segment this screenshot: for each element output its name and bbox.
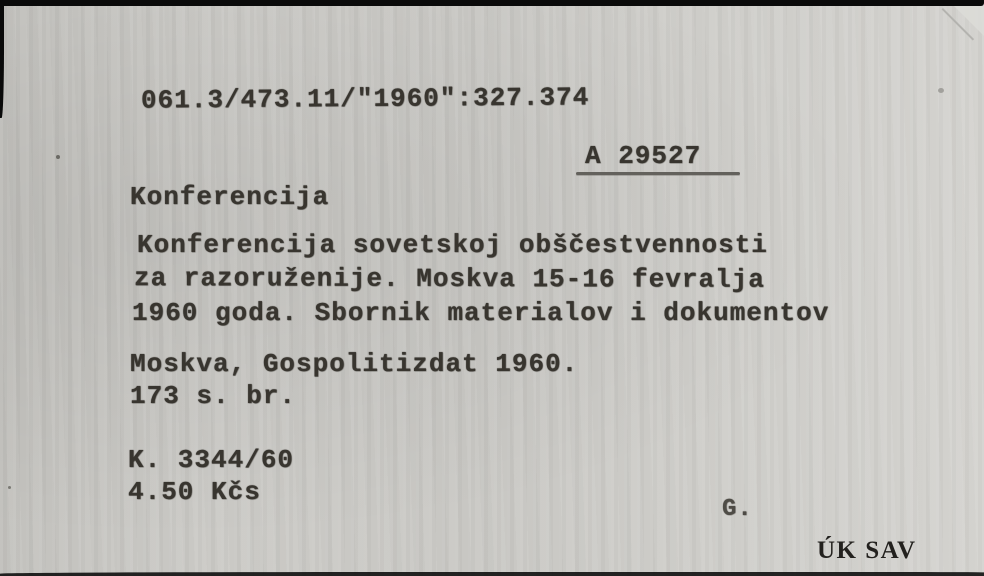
library-stamp: ÚK SAV: [817, 537, 917, 565]
scan-border-bottom: [0, 572, 984, 576]
scan-border-top: [0, 0, 984, 6]
cataloguer-initial: G.: [722, 497, 753, 523]
title-line: za razoruženije. Moskva 15-16 fevralja: [134, 265, 765, 293]
call-number: 061.3/473.11/"1960":327.374: [141, 84, 589, 113]
catalog-card: 061.3/473.11/"1960":327.374 A 29527 Konf…: [0, 0, 984, 576]
title-line: Konferencija sovetskoj obščestvennosti: [137, 232, 768, 258]
price: 4.50 Kčs: [128, 479, 261, 505]
heading-entry: Konferencija: [130, 184, 329, 210]
order-number: K. 3344/60: [128, 447, 294, 473]
collation: 173 s. br.: [130, 383, 296, 409]
accession-underline: [576, 172, 740, 175]
paper-speck: [56, 155, 60, 159]
imprint: Moskva, Gospolitizdat 1960.: [130, 351, 578, 377]
accession-number: A 29527: [585, 143, 701, 169]
paper-speck: [938, 88, 944, 93]
title-line: 1960 goda. Sbornik materialov i dokument…: [132, 300, 829, 326]
card-corner-fold: [954, 6, 984, 36]
paper-speck: [8, 486, 11, 489]
